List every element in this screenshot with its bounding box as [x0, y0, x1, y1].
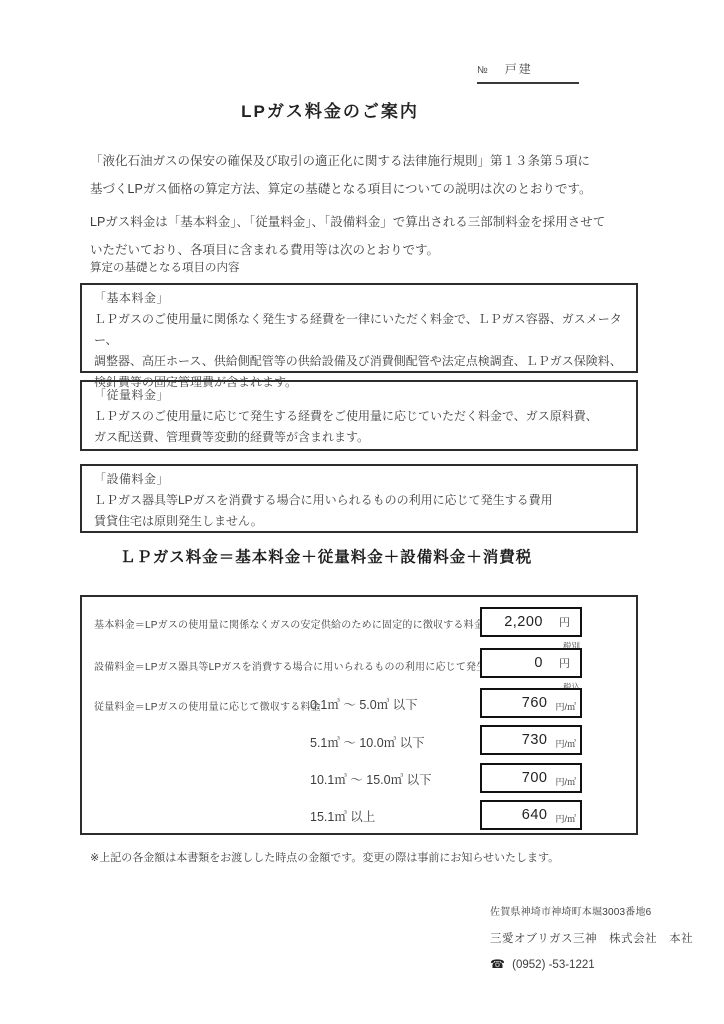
company-address: 佐賀県神埼市神埼町本堀3003番地6 — [490, 903, 693, 918]
telephone-icon: ☎ — [490, 957, 505, 971]
tier-range: 10.1㎥ ～ 15.0㎥ 以下 — [310, 770, 432, 788]
intro-paragraph-regulation: 「液化石油ガスの保安の確保及び取引の適正化に関する法律施行規則」第１３条第５項に… — [90, 147, 650, 203]
company-phone-line: ☎ (0952) -53-1221 — [490, 957, 693, 971]
fee-formula: ＬＰガス料金＝基本料金＋従量料金＋設備料金＋消費税 — [0, 545, 652, 567]
basic-fee-description-box: 「基本料金」 ＬＰガスのご使用量に関係なく発生する経費を一律にいただく料金で、Ｌ… — [80, 283, 638, 373]
equipment-fee-box-title: 「設備料金」 — [94, 469, 624, 490]
volumetric-fee-box-line: ガス配送費、管理費等変動的経費等が含まれます。 — [94, 427, 624, 448]
basic-fee-box-line: 調整器、高圧ホース、供給側配管等の供給設備及び消費側配管や法定点検調査、ＬＰガス… — [94, 351, 624, 372]
tier-amount: 730 — [522, 732, 548, 748]
volumetric-fee-description-box: 「従量料金」 ＬＰガスのご使用量に応じて発生する経費をご使用量に応じていただく料… — [80, 380, 638, 451]
tier-price-box: 730 円/㎥ — [480, 725, 582, 755]
equipment-fee-amount: 0 — [534, 655, 543, 671]
equipment-fee-box-line: 賃貸住宅は原則発生しません。 — [94, 511, 624, 532]
equipment-fee-row-label: 設備料金＝LPガス器具等LPガスを消費する場合に用いられるものの利用に応じて発生… — [94, 658, 527, 673]
section-heading: 算定の基礎となる項目の内容 — [90, 259, 240, 275]
tier-unit: 円/㎥ — [555, 812, 576, 828]
tier-price-box: 640 円/㎥ — [480, 800, 582, 830]
tier-unit: 円/㎥ — [555, 700, 576, 716]
equipment-fee-description-box: 「設備料金」 ＬＰガス器具等LPガスを消費する場合に用いられるものの利用に応じて… — [80, 464, 638, 533]
footnote: ※上記の各金額は本書類をお渡しした時点の金額です。変更の際は事前にお知らせいたし… — [90, 849, 559, 865]
tier-range: 15.1㎥ 以上 — [310, 807, 375, 825]
tier-unit: 円/㎥ — [555, 775, 576, 791]
tier-amount: 700 — [522, 770, 548, 786]
volumetric-fee-box-line: ＬＰガスのご使用量に応じて発生する経費をご使用量に応じていただく料金で、ガス原料… — [94, 406, 624, 427]
page-title: LPガス料金のご案内 — [0, 97, 660, 122]
equipment-fee-price-box: 0 円 — [480, 648, 582, 678]
basic-fee-unit: 円 — [559, 614, 570, 630]
basic-fee-row-label: 基本料金＝LPガスの使用量に関係なくガスの安定供給のために固定的に徴収する料金 — [94, 616, 484, 631]
intro-line: LPガス料金は「基本料金」、「従量料金」、「設備料金」で算出される三部制料金を採… — [90, 208, 650, 236]
company-name: 三愛オブリガス三神 株式会社 本社 — [490, 930, 693, 946]
number-value: 戸建 — [505, 62, 533, 76]
basic-fee-box-title: 「基本料金」 — [94, 288, 624, 309]
intro-line: 基づくLPガス価格の算定方法、算定の基礎となる項目についての説明は次のとおりです… — [90, 175, 650, 203]
basic-fee-price-box: 2,200 円 — [480, 607, 582, 637]
tier-price-box: 700 円/㎥ — [480, 763, 582, 793]
company-phone-number: (0952) -53-1221 — [512, 959, 594, 971]
document-number-block: № 戸建 — [477, 60, 579, 84]
tier-amount: 760 — [522, 695, 548, 711]
number-label: № — [477, 65, 488, 76]
price-table: 基本料金＝LPガスの使用量に関係なくガスの安定供給のために固定的に徴収する料金 … — [80, 595, 638, 835]
tier-range: 0.1㎥ ～ 5.0㎥ 以下 — [310, 695, 418, 713]
basic-fee-box-line: ＬＰガスのご使用量に関係なく発生する経費を一律にいただく料金で、ＬＰガス容器、ガ… — [94, 309, 624, 351]
basic-fee-amount: 2,200 — [504, 614, 543, 630]
tier-unit: 円/㎥ — [555, 737, 576, 753]
intro-paragraph-three-part-fee: LPガス料金は「基本料金」、「従量料金」、「設備料金」で算出される三部制料金を採… — [90, 208, 650, 264]
volumetric-fee-box-title: 「従量料金」 — [94, 385, 624, 406]
equipment-fee-box-line: ＬＰガス器具等LPガスを消費する場合に用いられるものの利用に応じて発生する費用 — [94, 490, 624, 511]
tier-range: 5.1㎥ ～ 10.0㎥ 以下 — [310, 733, 425, 751]
company-footer: 佐賀県神埼市神埼町本堀3003番地6 三愛オブリガス三神 株式会社 本社 ☎ (… — [490, 903, 693, 971]
tier-amount: 640 — [522, 807, 548, 823]
document-page: № 戸建 LPガス料金のご案内 「液化石油ガスの保安の確保及び取引の適正化に関す… — [0, 0, 724, 1024]
equipment-fee-unit: 円 — [559, 655, 570, 671]
volumetric-fee-row-label: 従量料金＝LPガスの使用量に応じて徴収する料金 — [94, 698, 321, 713]
tier-price-box: 760 円/㎥ — [480, 688, 582, 718]
intro-line: 「液化石油ガスの保安の確保及び取引の適正化に関する法律施行規則」第１３条第５項に — [90, 147, 650, 175]
